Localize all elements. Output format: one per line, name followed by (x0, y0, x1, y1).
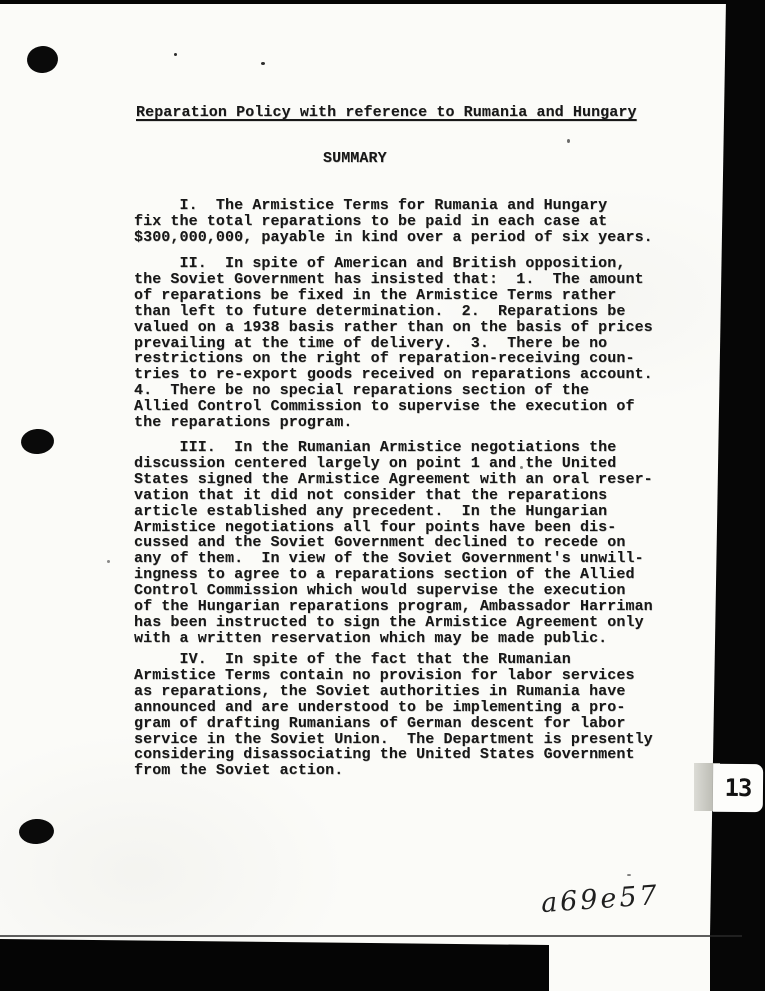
document-title: Reparation Policy with reference to Ruma… (136, 105, 637, 121)
ink-speck (107, 560, 110, 563)
page-number-tab: 13 (713, 764, 763, 812)
paragraph-ii: II. In spite of American and British opp… (134, 256, 653, 431)
scan-bottom-edge-band (0, 936, 549, 991)
punch-hole-middle (20, 428, 55, 455)
ink-speck (174, 53, 177, 56)
summary-heading: SUMMARY (323, 151, 387, 167)
ink-speck (261, 62, 265, 65)
paragraph-i: I. The Armistice Terms for Rumania and H… (134, 198, 653, 246)
ink-speck (627, 874, 631, 876)
punch-hole-top (26, 44, 60, 74)
scan-right-edge-strip (700, 0, 765, 991)
page-number: 13 (724, 774, 751, 802)
paragraph-iv: IV. In spite of the fact that the Rumani… (134, 652, 653, 779)
scan-bottom-hairline (0, 935, 742, 937)
handwritten-code: a69e57 (540, 880, 661, 919)
scanned-document-page: Reparation Policy with reference to Ruma… (0, 0, 765, 991)
ink-speck (567, 139, 570, 143)
scan-top-edge (0, 0, 765, 4)
paragraph-iii: III. In the Rumanian Armistice negotiati… (134, 440, 653, 647)
punch-hole-bottom (18, 818, 54, 845)
